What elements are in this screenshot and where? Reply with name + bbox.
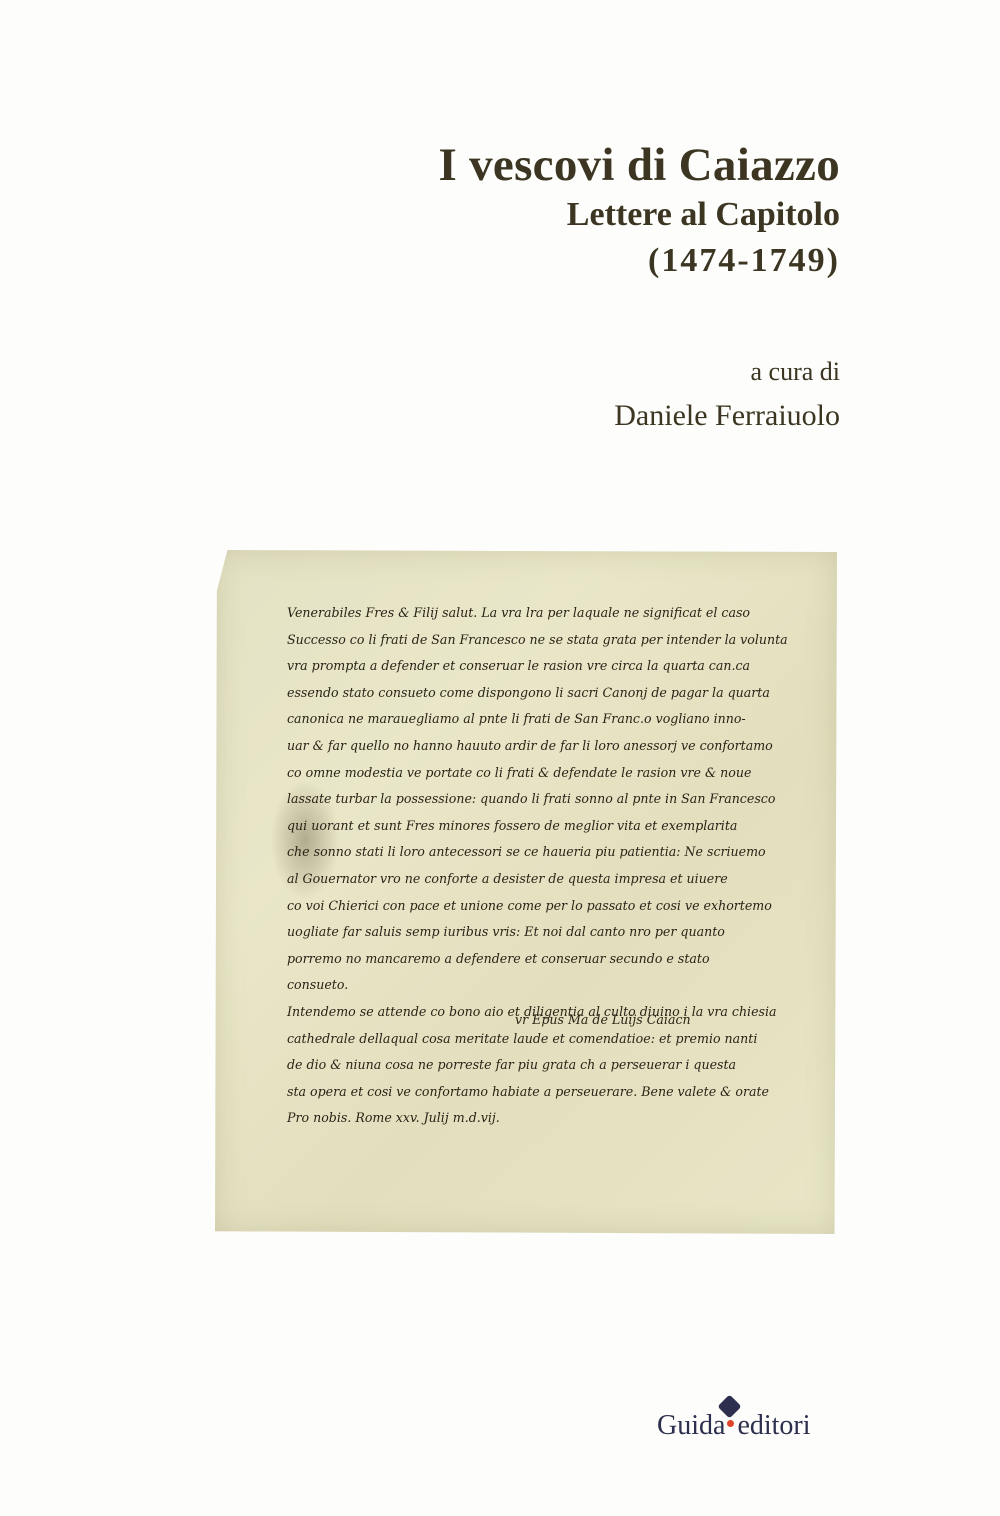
manuscript-line: consueto. <box>287 972 817 999</box>
manuscript-line: canonica ne marauegliamo al pnte li frat… <box>287 706 817 733</box>
manuscript-line: qui uorant et sunt Fres minores fossero … <box>287 813 817 840</box>
manuscript-signature: vr Epus Ma de Luijs Caiacn <box>515 1012 691 1027</box>
manuscript-line: co voi Chierici con pace et unione come … <box>287 893 817 920</box>
editor-label: a cura di <box>614 352 840 392</box>
publisher-name-left: Guida <box>657 1410 725 1442</box>
book-years: (1474-1749) <box>438 238 840 284</box>
manuscript-line: al Gouernator vro ne conforte a desister… <box>287 866 817 893</box>
manuscript-line: che sonno stati li loro antecessori se c… <box>287 839 817 866</box>
title-block: I vescovi di Caiazzo Lettere al Capitolo… <box>438 138 840 284</box>
diamond-dot-logo-icon <box>725 1424 737 1434</box>
manuscript-line: vra prompta a defender et conseruar le r… <box>287 653 817 680</box>
manuscript-line: sta opera et cosi ve confortamo habiate … <box>287 1079 817 1106</box>
manuscript-line: uogliate far saluis semp iuribus vris: E… <box>287 919 817 946</box>
editor-block: a cura di Daniele Ferraiuolo <box>614 352 840 440</box>
manuscript-line: de dio & niuna cosa ne porreste far piu … <box>287 1052 817 1079</box>
manuscript-line: lassate turbar la possessione: quando li… <box>287 786 817 813</box>
book-subtitle: Lettere al Capitolo <box>438 192 840 238</box>
manuscript-line: porremo no mancaremo a defendere et cons… <box>287 946 817 973</box>
manuscript-line: essendo stato consueto come dispongono l… <box>287 680 817 707</box>
manuscript-line: co omne modestia ve portate co li frati … <box>287 760 817 787</box>
manuscript-line: Successo co li frati de San Francesco ne… <box>287 627 817 654</box>
publisher-logo: Guida editori <box>657 1410 811 1442</box>
manuscript-image: Venerabiles Fres & Filij salut. La vra l… <box>215 550 837 1234</box>
manuscript-line: Pro nobis. Rome xxv. Julij m.d.vij. <box>287 1105 817 1132</box>
manuscript-line: Venerabiles Fres & Filij salut. La vra l… <box>287 600 817 627</box>
manuscript-line: uar & far quello no hanno hauuto ardir d… <box>287 733 817 760</box>
editor-name: Daniele Ferraiuolo <box>614 392 840 440</box>
manuscript-text: Venerabiles Fres & Filij salut. La vra l… <box>287 600 817 1132</box>
book-title: I vescovi di Caiazzo <box>438 138 840 192</box>
manuscript-line: cathedrale dellaqual cosa meritate laude… <box>287 1026 817 1053</box>
publisher-name-right: editori <box>737 1410 810 1442</box>
